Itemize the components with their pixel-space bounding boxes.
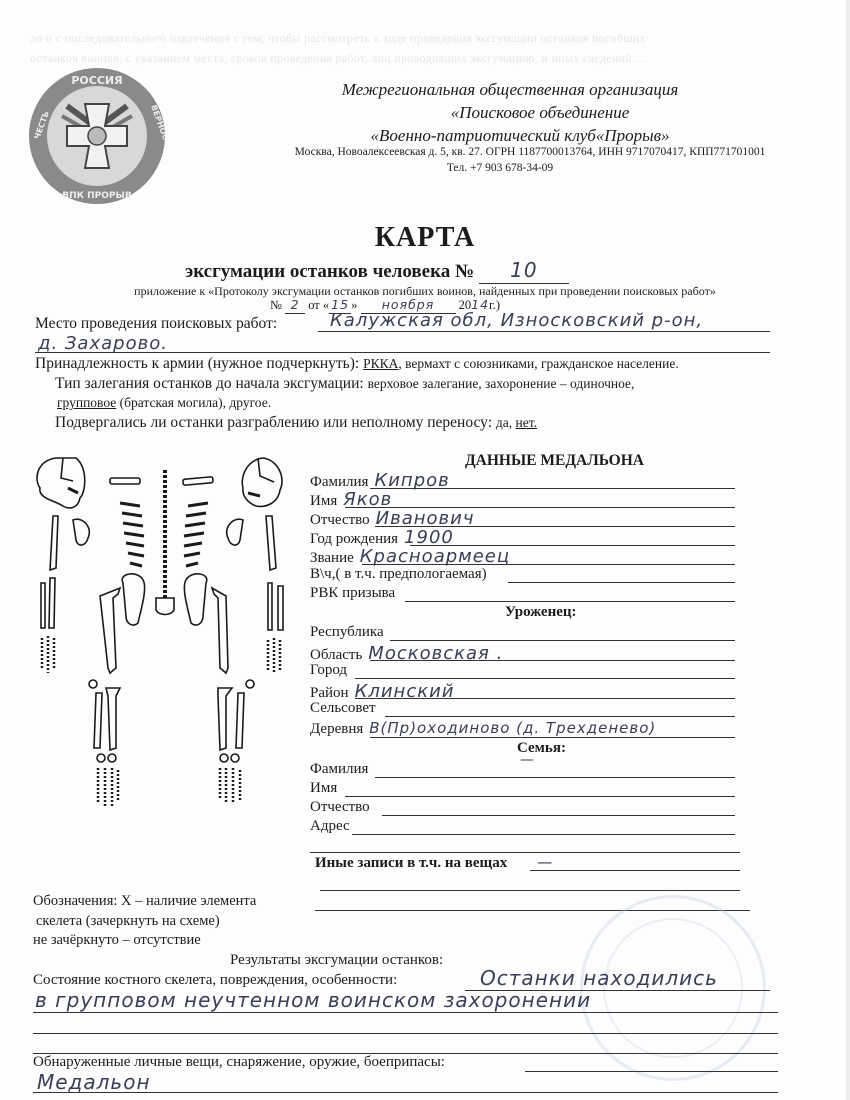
- condition-label: Состояние костного скелета, повреждения,…: [33, 972, 397, 989]
- medallion-unit-field[interactable]: В\ч,( в т.ч. предпологаемая): [310, 566, 487, 583]
- org-name-line2: «Поисковое объединение: [400, 103, 680, 123]
- army-option-rkka[interactable]: РККА: [363, 356, 398, 371]
- field-underline: [530, 870, 740, 871]
- medallion-rvk-field[interactable]: РВК призыва: [310, 585, 395, 602]
- subtitle-label: эксгумации останков человека №: [185, 261, 474, 282]
- field-underline: [370, 737, 735, 738]
- search-place-value-line2[interactable]: д. Захарово.: [38, 333, 168, 354]
- foot-icon: [98, 768, 240, 806]
- card-subtitle: эксгумации останков человека № 10: [185, 258, 569, 284]
- field-underline: [370, 488, 735, 489]
- org-name-line1: Межрегиональная общественная организация: [300, 80, 720, 100]
- org-address: Москва, Новоалексеевская д. 5, кв. 27. О…: [250, 146, 810, 158]
- page-title: КАРТА: [0, 222, 850, 254]
- search-place-value-line1[interactable]: Калужская обл, Износковский р-он,: [330, 310, 703, 331]
- tibia-icon: [106, 688, 120, 750]
- field-underline: [370, 660, 735, 661]
- legend-line3: не зачёркнуто – отсутствие: [33, 932, 201, 949]
- pelvis-icon: [122, 574, 144, 625]
- family-name-field[interactable]: Имя: [310, 780, 337, 797]
- field-underline: [375, 777, 735, 778]
- protocol-number-field[interactable]: 2: [285, 297, 305, 314]
- legend-line2: скелета (зачеркнуть на схеме): [36, 913, 220, 930]
- native-city-field[interactable]: Город: [310, 662, 347, 679]
- other-records-field[interactable]: Иные записи в т.ч. на вещах—: [315, 853, 553, 872]
- family-surname-field[interactable]: Фамилия: [310, 761, 368, 778]
- field-underline: [390, 640, 735, 641]
- search-place-label: Место проведения поисковых работ:: [35, 315, 277, 333]
- field-underline: [320, 890, 740, 891]
- burial-type: Тип залегания останков до начала эксгума…: [55, 375, 634, 393]
- spine-icon: [156, 470, 174, 615]
- org-phone: Тел. +7 903 678-34-09: [360, 162, 640, 174]
- organization-logo: РОССИЯ ВПК ПРОРЫВ ЧЕСТЬ ВЕРНОСТЬ: [27, 66, 167, 206]
- forearm-icon: [41, 583, 45, 628]
- items-label: Обнаруженные личные вещи, снаряжение, ор…: [33, 1054, 445, 1071]
- org-name-line3: «Военно-патриотический клуб«Прорыв»: [300, 126, 740, 146]
- field-underline: [352, 834, 735, 835]
- field-underline: [355, 698, 735, 699]
- search-place-underline: [35, 352, 770, 353]
- bleed-through-text: останков воинов, с указанием места, срок…: [30, 50, 820, 66]
- search-place-underline: [318, 331, 770, 332]
- scan-edge: [846, 0, 850, 1100]
- looting-question: Подвергались ли останки разграблению или…: [55, 414, 537, 432]
- femur-icon: [100, 588, 120, 673]
- bleed-through-text: ло о с последовательного извлечения с те…: [30, 30, 820, 46]
- logo-text-bottom: ВПК ПРОРЫВ: [62, 191, 132, 201]
- field-underline: [345, 796, 735, 797]
- field-underline: [362, 564, 735, 565]
- scapula-icon: [73, 519, 89, 545]
- army-option-civilian[interactable]: гражданское население.: [541, 356, 679, 371]
- field-underline: [382, 815, 735, 816]
- family-patronymic-field[interactable]: Отчество: [310, 799, 370, 816]
- card-number-field[interactable]: 10: [479, 258, 569, 284]
- results-heading: Результаты эксгумации останков:: [230, 952, 443, 969]
- field-underline: [355, 678, 735, 679]
- condition-value-line2[interactable]: в групповом неучтенном воинском захороне…: [35, 988, 591, 1013]
- army-option-wehrmacht[interactable]: вермахт с союзниками: [405, 356, 534, 371]
- native-heading: Уроженец:: [505, 604, 577, 621]
- medallion-heading: ДАННЫЕ МЕДАЛЬОНА: [465, 452, 644, 470]
- burial-type-options[interactable]: верховое залегание, захоронение – одиноч…: [368, 376, 635, 391]
- looting-option-no[interactable]: нет.: [516, 415, 537, 430]
- field-underline: [33, 1092, 778, 1093]
- hand-icon: [42, 636, 280, 673]
- native-republic-field[interactable]: Республика: [310, 624, 384, 641]
- logo-text-top: РОССИЯ: [71, 74, 122, 87]
- skeleton-diagram[interactable]: [28, 448, 293, 833]
- burial-type-line2: групповое (братская могила), другое.: [57, 395, 271, 411]
- field-underline: [33, 1012, 778, 1013]
- native-selsovet-field[interactable]: Сельсовет: [310, 700, 376, 717]
- skull-front-icon: [37, 458, 85, 508]
- clavicle-icon: [110, 478, 140, 484]
- humerus-icon: [50, 516, 58, 570]
- army-affiliation: Принадлежность к армии (нужное подчеркну…: [35, 355, 679, 373]
- field-underline: [33, 1033, 778, 1034]
- family-dash: —: [520, 752, 535, 768]
- family-address-field[interactable]: Адрес: [310, 818, 350, 835]
- field-underline: [525, 1071, 778, 1072]
- legend-line1: Обозначения: Х – наличие элемента: [33, 893, 256, 910]
- burial-option-group[interactable]: групповое: [57, 395, 116, 410]
- native-village-field[interactable]: ДеревняВ(Пр)оходиново (д. Трехденево): [310, 719, 656, 738]
- skull-side-icon: [242, 458, 282, 506]
- looting-option-yes[interactable]: да: [496, 415, 509, 430]
- field-underline: [508, 582, 735, 583]
- field-underline: [405, 601, 735, 602]
- field-underline: [385, 716, 735, 717]
